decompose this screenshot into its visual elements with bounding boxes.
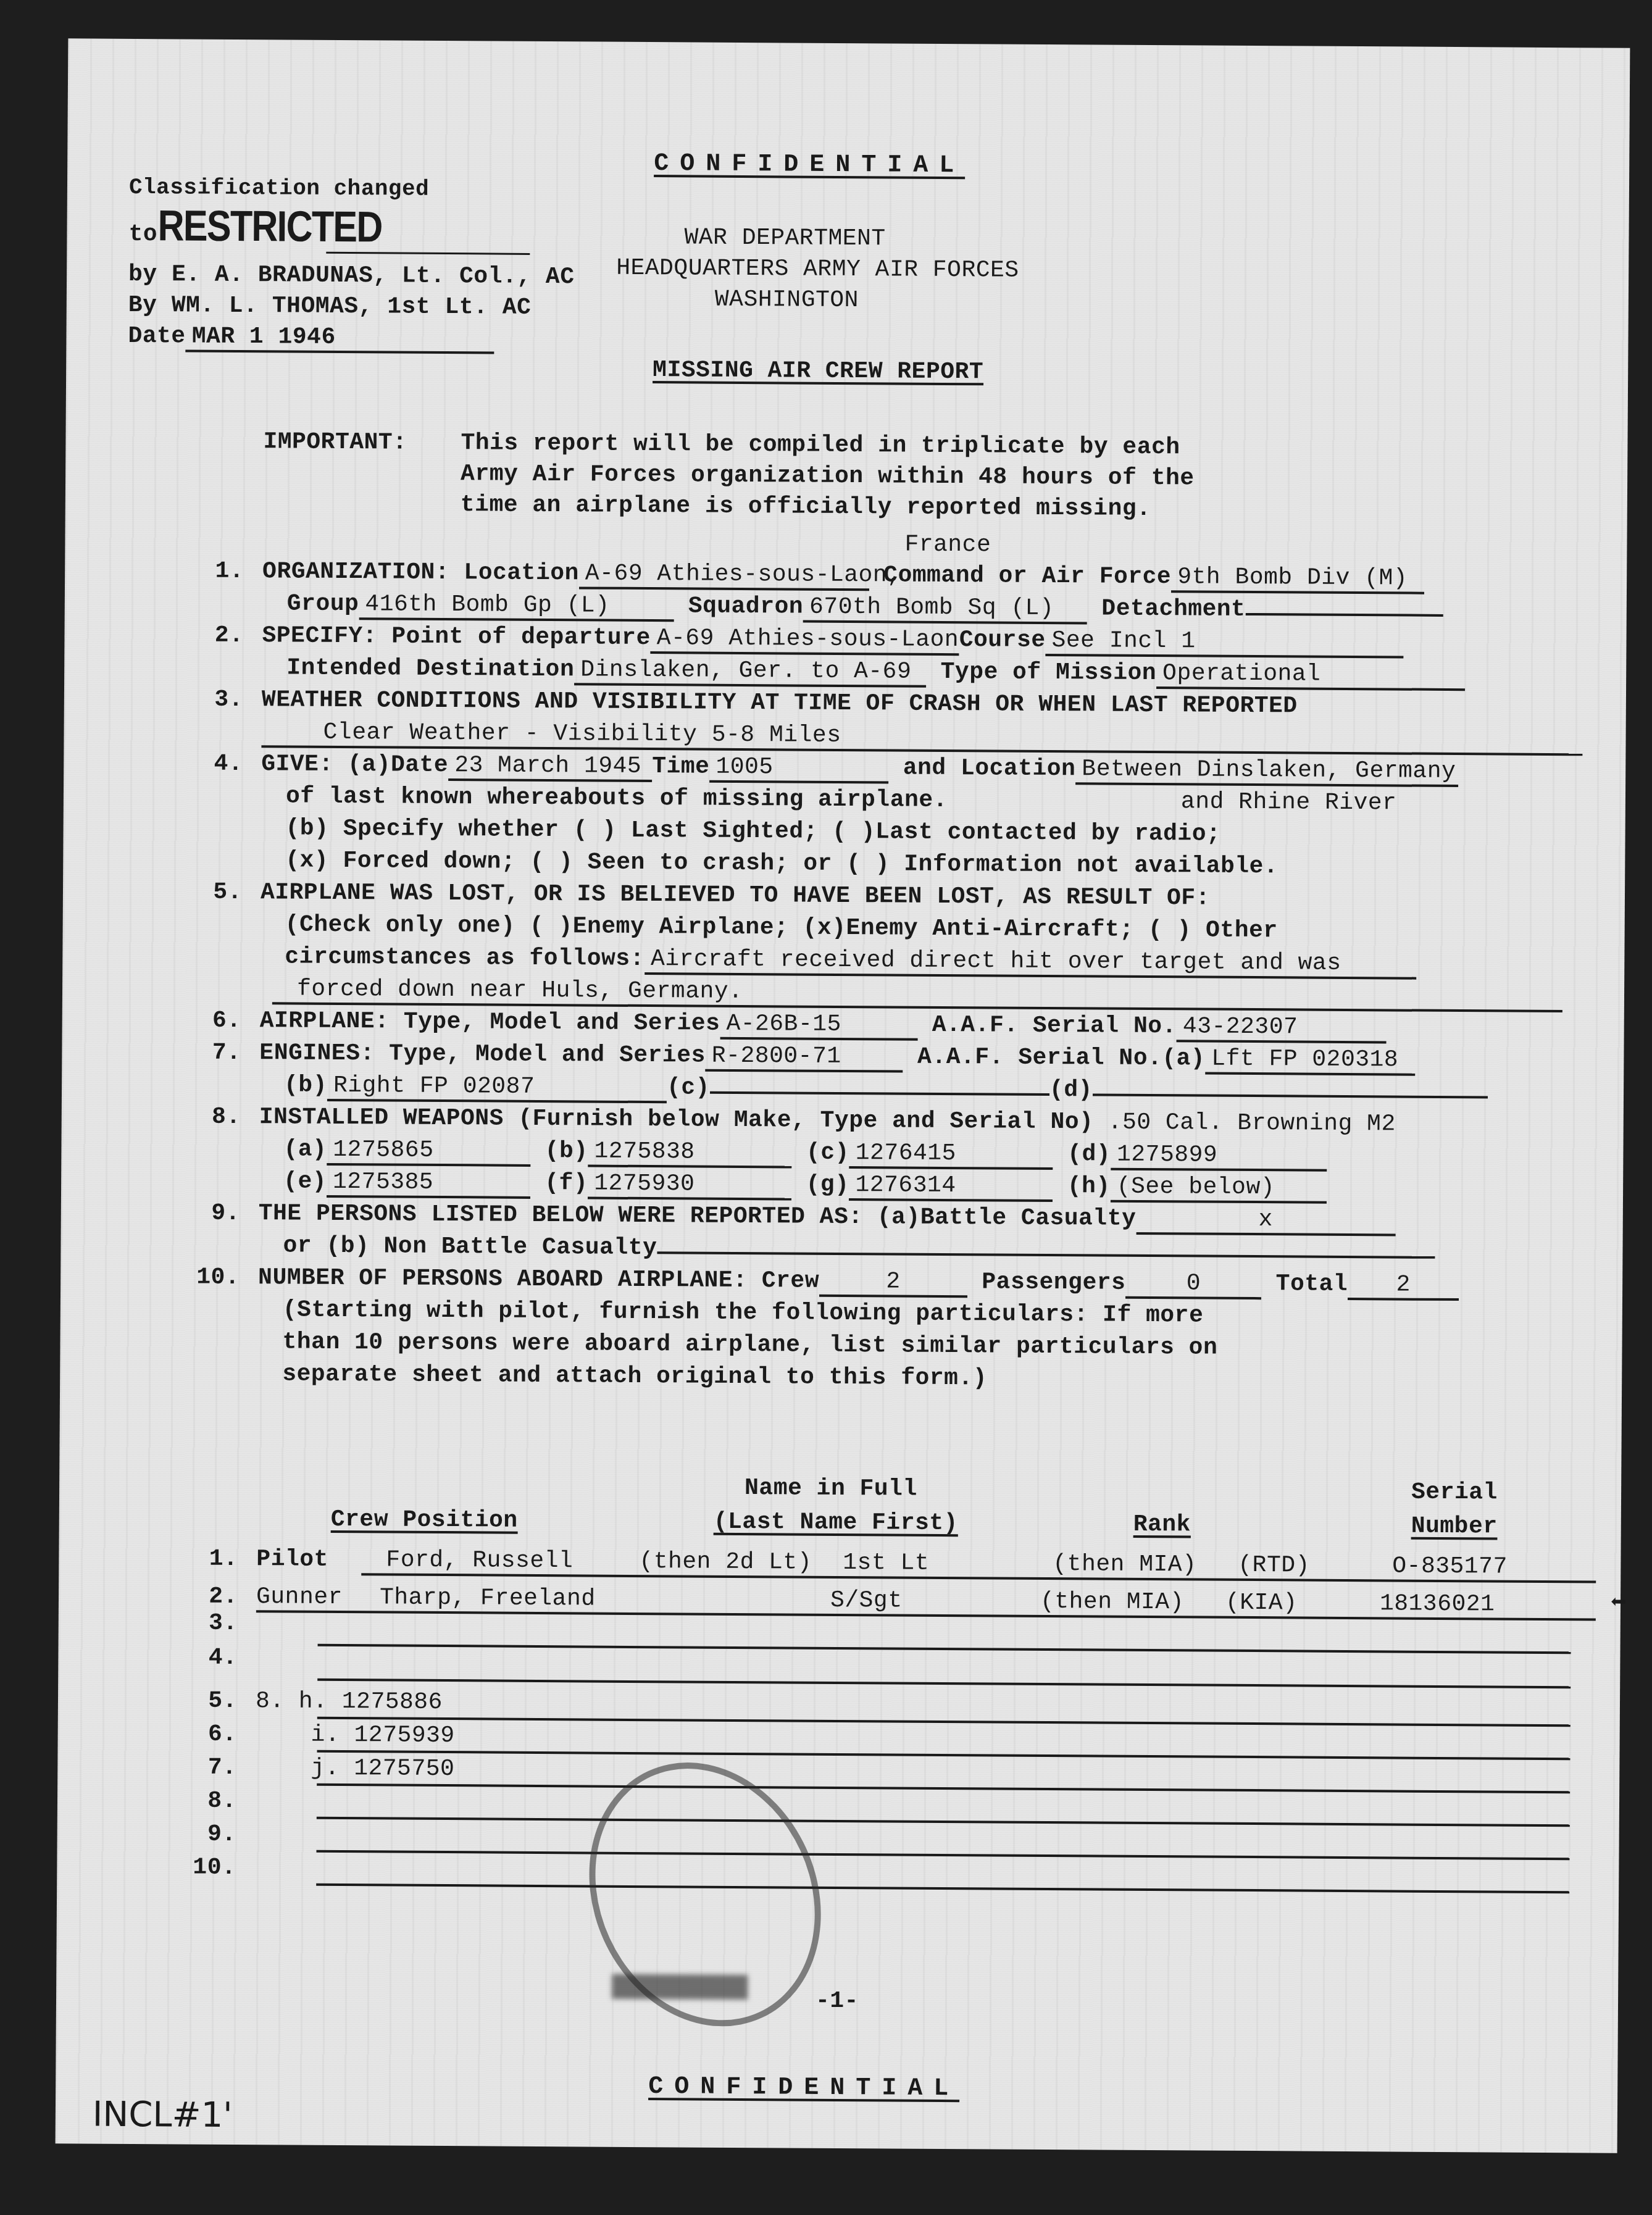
- crew-status-prior: (then MIA): [1040, 1588, 1225, 1616]
- item-2-line1: 2.SPECIFY: Point of departureA-69 Athies…: [188, 622, 1403, 659]
- time-value: 1005: [709, 754, 888, 784]
- engines-tms-value: R-2800-71: [706, 1043, 903, 1073]
- weapons-cont-value: 1275750: [354, 1755, 454, 1782]
- row-number: 3.: [182, 1609, 238, 1637]
- whereabouts-text: of last known whereabouts of missing air…: [286, 783, 948, 814]
- battle-casualty-value: x: [1136, 1206, 1395, 1237]
- weapon-d-value: 1275899: [1111, 1141, 1327, 1172]
- item-3-number: 3.: [188, 686, 243, 714]
- course-label: Course: [959, 627, 1046, 654]
- crew-name: Tharp, Freeland: [380, 1584, 676, 1612]
- incl-annotation: INCL#1': [93, 2095, 233, 2135]
- persons-aboard-label: NUMBER OF PERSONS ABOARD AIRPLANE:: [258, 1264, 748, 1294]
- item-9-line2: or (b) Non Battle Casualty: [283, 1232, 1435, 1266]
- crew-row: 2.GunnerTharp, FreelandS/Sgt(then MIA)(K…: [182, 1577, 1627, 1621]
- crew-rank: S/Sgt: [830, 1587, 1040, 1615]
- airplane-label: AIRPLANE:: [260, 1007, 390, 1035]
- engines-serial-label: A.A.F. Serial No.: [917, 1044, 1162, 1072]
- weapon-f-label: (f): [544, 1170, 588, 1196]
- lost-options: (Check only one) ( )Enemy Airplane; (x)E…: [285, 911, 1278, 944]
- item-7: 7.ENGINES: Type, Model and SeriesR-2800-…: [185, 1039, 1415, 1075]
- blank-row: 9.: [181, 1821, 255, 1848]
- weapon-b-label: (b): [545, 1138, 588, 1164]
- date-value: 23 March 1945: [448, 752, 652, 782]
- arrow-icon: ⬅: [1610, 1589, 1627, 1620]
- confidential-top: CONFIDENTIAL: [654, 150, 965, 180]
- command-value: 9th Bomb Div (M): [1171, 564, 1424, 594]
- course-value: See Incl 1: [1045, 627, 1403, 659]
- item-3-line2: Clear Weather - Visibility 5-8 Miles: [261, 719, 1582, 756]
- engine-a-label: (a): [1162, 1045, 1205, 1072]
- circumstances-value2: forced down near Huls, Germany.: [272, 975, 1562, 1012]
- classification-date-value: MAR 1 1946: [186, 323, 494, 354]
- engine-d-value: [1093, 1093, 1488, 1098]
- engine-a-value: Lft FP 020318: [1205, 1046, 1415, 1076]
- squadron-label: Squadron: [688, 593, 804, 620]
- time-label: Time: [652, 753, 709, 780]
- crew-prior-rank: [676, 1605, 830, 1606]
- weapon-f-value: 1275930: [588, 1170, 791, 1200]
- weapons-cont-value: 1275939: [354, 1722, 454, 1749]
- item-6-number: 6.: [186, 1007, 241, 1034]
- engine-b-value: Right FP 02087: [327, 1072, 667, 1103]
- blank-row: 10.: [180, 1854, 254, 1881]
- weather-value: Clear Weather - Visibility 5-8 Miles: [261, 719, 1582, 756]
- circumstances-value: Aircraft received direct hit over target…: [645, 946, 1416, 980]
- classification-to-label: to: [128, 221, 157, 248]
- classification-by2: By WM. L. THOMAS, 1st Lt. AC: [128, 292, 532, 321]
- specify-whether: (b) Specify whether ( ) Last Sighted; ( …: [285, 815, 1220, 847]
- weapons-label: INSTALLED WEAPONS (Furnish below Make, T…: [259, 1104, 1094, 1135]
- total-label: Total: [1276, 1270, 1348, 1298]
- classification-line: [326, 252, 530, 255]
- give-label: GIVE:: [261, 751, 333, 778]
- item-2-line2: Intended DestinationDinslaken, Ger. to A…: [286, 654, 1465, 691]
- blank-row: 8.: [181, 1787, 255, 1814]
- blank-row-line: [317, 1717, 1571, 1727]
- header-name-top: Name in Full: [745, 1475, 917, 1503]
- detachment-value: [1245, 613, 1443, 617]
- mission-label: Type of Mission: [940, 659, 1156, 686]
- specify-label: SPECIFY:: [262, 622, 377, 649]
- departure-value: A-69 Athies-sous-Laon: [651, 625, 959, 656]
- weapons-cont-row: 7.j. 1275750: [181, 1754, 454, 1782]
- item-1-line1: 1.ORGANIZATION: LocationA-69 Athies-sous…: [188, 558, 1424, 594]
- row-number: 9.: [181, 1821, 236, 1848]
- item-8-number: 8.: [185, 1103, 241, 1130]
- crew-position: Gunner: [256, 1583, 380, 1611]
- weapon-h-value: (See below): [1111, 1174, 1327, 1204]
- weapons-cont-row: 6.i. 1275939: [181, 1721, 455, 1749]
- detachment-label: Detachment: [1101, 596, 1245, 623]
- header-crew-position: Crew Position: [331, 1506, 518, 1534]
- organization-label: ORGANIZATION:: [262, 558, 449, 586]
- mission-value: Operational: [1156, 660, 1465, 691]
- persons-note-1: (Starting with pilot, furnish the follow…: [283, 1296, 1204, 1329]
- classification-by1: by E. A. BRADUNAS, Lt. Col., AC: [128, 261, 575, 290]
- departure-label: Point of departure: [391, 624, 651, 652]
- row-number: 8.: [181, 1787, 236, 1814]
- item-5-number: 5.: [186, 879, 242, 906]
- crew-prior-rank: (then 2d Lt): [639, 1548, 843, 1576]
- crew-row: 1.PilotFord, Russell(then 2d Lt)1st Lt(t…: [182, 1545, 1596, 1583]
- crash-location-value2: and Rhine River: [1181, 788, 1397, 816]
- item-9-number: 9.: [185, 1199, 240, 1227]
- report-title: MISSING AIR CREW REPORT: [653, 357, 983, 385]
- header-hq: HEADQUARTERS ARMY AIR FORCES: [616, 255, 1019, 284]
- crew-rank: 1st Lt: [843, 1550, 1053, 1577]
- weapon-c-label: (c): [806, 1140, 849, 1166]
- weapons-row-2: (e)1275385 (f)1275930 (g)1276314 (h)(See…: [283, 1168, 1327, 1203]
- circumstances-label: circumstances as follows:: [285, 943, 645, 972]
- engine-c-label: (c): [667, 1074, 710, 1101]
- crash-location-label: and Location: [903, 755, 1076, 783]
- crew-row-number: 2.: [182, 1583, 238, 1610]
- classification-date-label: Date: [128, 323, 185, 350]
- weather-label: WEATHER CONDITIONS AND VISIBILITY AT TIM…: [262, 686, 1298, 719]
- engines-tms-label: Type, Model and Series: [389, 1041, 706, 1069]
- blank-row-3: 3.: [182, 1609, 256, 1637]
- total-value: 2: [1348, 1271, 1459, 1301]
- item-2-number: 2.: [188, 622, 243, 649]
- classification-changed-label: Classification changed: [129, 175, 430, 202]
- crew-serial: 18136021: [1380, 1590, 1495, 1617]
- command-label: Command or Air Force: [883, 562, 1171, 590]
- header-city: WASHINGTON: [715, 286, 859, 314]
- item-1-line2: Group416th Bomb Gp (L) Squadron670th Bom…: [287, 590, 1443, 626]
- airplane-serial-value: 43-22307: [1177, 1013, 1387, 1043]
- airplane-tms-label: Type, Model and Series: [404, 1009, 720, 1037]
- row-number: 4.: [181, 1644, 237, 1671]
- lost-label: AIRPLANE WAS LOST, OR IS BELIEVED TO HAV…: [261, 879, 1210, 911]
- item-8: 8.INSTALLED WEAPONS (Furnish below Make,…: [185, 1103, 1396, 1137]
- persons-note-2: than 10 persons were aboard airplane, li…: [282, 1329, 1217, 1361]
- weapon-c-value: 1276415: [849, 1140, 1053, 1170]
- group-value: 416th Bomb Gp (L): [359, 591, 674, 622]
- important-line2: Army Air Forces organization within 48 h…: [461, 461, 1195, 491]
- blank-row-line: [317, 1679, 1571, 1688]
- blank-row-line: [316, 1850, 1569, 1860]
- weapons-cont-row: 5.8. h. 1275886: [181, 1687, 443, 1716]
- item-4-number: 4.: [187, 751, 243, 778]
- important-label: IMPORTANT:: [263, 428, 407, 456]
- page-number: -1-: [816, 1988, 859, 2014]
- weapon-d-label: (d): [1067, 1141, 1111, 1167]
- crew-serial: O-835177: [1392, 1553, 1508, 1580]
- item-9: 9.THE PERSONS LISTED BELOW WERE REPORTED…: [185, 1199, 1396, 1236]
- weapon-h-label: (h): [1067, 1173, 1111, 1199]
- passengers-label: Passengers: [982, 1269, 1125, 1296]
- report-page: Classification changed toRESTRICTED by E…: [56, 38, 1630, 2153]
- squadron-value: 670th Bomb Sq (L): [803, 594, 1087, 625]
- weapons-row-1: (a)1275865 (b)1275838 (c)1276415 (d)1275…: [283, 1136, 1327, 1171]
- item-1-number: 1.: [188, 558, 244, 585]
- important-line1: This report will be compiled in triplica…: [461, 430, 1180, 461]
- weapon-a-value: 1275865: [327, 1137, 530, 1167]
- weapons-cont-label: j.: [311, 1755, 340, 1782]
- persons-reported-label: THE PERSONS LISTED BELOW WERE REPORTED A…: [259, 1200, 863, 1230]
- blank-row-line: [316, 1883, 1569, 1893]
- header-dept: WAR DEPARTMENT: [684, 224, 886, 252]
- airplane-tms-value: A-26B-15: [720, 1011, 917, 1041]
- weapon-e-label: (e): [283, 1168, 327, 1195]
- crew-row-number: 1.: [182, 1545, 238, 1572]
- redaction-mark: [612, 1974, 748, 2000]
- item-6: 6.AIRPLANE: Type, Model and SeriesA-26B-…: [186, 1007, 1387, 1043]
- crew-status: (KIA): [1225, 1590, 1380, 1617]
- destination-label: Intended Destination: [286, 654, 574, 683]
- row-number: 7.: [181, 1754, 236, 1781]
- weapon-g-label: (g): [806, 1172, 849, 1198]
- crew-status: (RTD): [1238, 1552, 1392, 1580]
- row-number: 10.: [180, 1854, 236, 1881]
- non-battle-casualty-label: or (b) Non Battle Casualty: [283, 1232, 657, 1261]
- location-value: A-69 Athies-sous-Laon,: [579, 560, 869, 591]
- blank-row-line: [317, 1750, 1570, 1760]
- classification-to: toRESTRICTED: [128, 201, 421, 252]
- passengers-value: 0: [1125, 1270, 1261, 1299]
- item-5-circumstances: circumstances as follows:Aircraft receiv…: [285, 943, 1416, 979]
- confidential-bottom: CONFIDENTIAL: [648, 2073, 959, 2103]
- blank-row-4: 4.: [181, 1644, 256, 1671]
- header-rank: Rank: [1133, 1511, 1191, 1538]
- row-number: 5.: [181, 1687, 237, 1714]
- engine-b-label: (b): [284, 1072, 327, 1098]
- weapon-a-label: (a): [283, 1136, 327, 1162]
- weapon-g-value: 1276314: [849, 1172, 1053, 1202]
- weapon-e-value: 1275385: [327, 1169, 530, 1199]
- battle-casualty-label: (a)Battle Casualty: [877, 1204, 1137, 1232]
- group-label: Group: [287, 590, 359, 617]
- header-serial-top: Serial: [1411, 1479, 1498, 1506]
- weapon-b-value: 1275838: [588, 1138, 791, 1168]
- blank-row-line: [317, 1817, 1570, 1827]
- weapons-make-value: .50 Cal. Browning M2: [1108, 1109, 1396, 1138]
- location-note: France: [904, 532, 991, 559]
- persons-note-3: separate sheet and attach original to th…: [282, 1361, 987, 1391]
- blank-row-line: [317, 1783, 1570, 1793]
- item-5-line1: 5.AIRPLANE WAS LOST, OR IS BELIEVED TO H…: [186, 879, 1210, 912]
- crash-location-value: Between Dinslaken, Germany: [1075, 756, 1458, 787]
- crew-value: 2: [819, 1268, 967, 1298]
- blank-row-line: [318, 1644, 1571, 1654]
- engines-label: ENGINES:: [259, 1040, 375, 1067]
- item-10: 10.NUMBER OF PERSONS ABOARD AIRPLANE: Cr…: [184, 1264, 1459, 1301]
- engine-c-value: [710, 1091, 1049, 1096]
- airplane-serial-label: A.A.F. Serial No.: [932, 1012, 1177, 1040]
- item-3-line1: 3.WEATHER CONDITIONS AND VISIBILITY AT T…: [188, 686, 1298, 720]
- row-number: 6.: [181, 1721, 237, 1748]
- weapons-cont-label: i.: [311, 1722, 340, 1748]
- item-10-number: 10.: [184, 1264, 240, 1291]
- crew-name: Ford, Russell: [361, 1546, 639, 1575]
- crew-label: Crew: [762, 1267, 819, 1295]
- item-4-line1: 4.GIVE: (a)Date23 March 1945Time1005 and…: [187, 751, 1458, 788]
- item-7-line2: (b)Right FP 02087(c)(d): [284, 1072, 1488, 1108]
- engine-d-label: (d): [1049, 1077, 1093, 1103]
- restricted-stamp: RESTRICTED: [157, 201, 382, 251]
- weapons-cont-prefix: 8.: [256, 1688, 285, 1714]
- location-label: Location: [464, 559, 579, 586]
- crew-position: Pilot: [256, 1546, 361, 1573]
- date-label: (a)Date: [348, 751, 448, 778]
- destination-value: Dinslaken, Ger. to A-69: [574, 656, 926, 687]
- weapons-cont-value: 1275886: [342, 1688, 443, 1716]
- header-serial-number: Number: [1411, 1513, 1498, 1540]
- classification-date: DateMAR 1 1946: [128, 323, 494, 354]
- forced-down-line: (x) Forced down; ( ) Seen to crash; or (…: [285, 847, 1278, 880]
- header-name: (Last Name First): [714, 1509, 958, 1537]
- item-7-number: 7.: [185, 1039, 241, 1066]
- crew-status-prior: (then MIA): [1053, 1551, 1238, 1579]
- important-line3: time an airplane is officially reported …: [461, 491, 1151, 522]
- weapons-cont-label: h.: [299, 1688, 328, 1715]
- item-5-circumstances2: forced down near Huls, Germany.: [272, 975, 1562, 1012]
- non-battle-casualty-value: [657, 1251, 1435, 1259]
